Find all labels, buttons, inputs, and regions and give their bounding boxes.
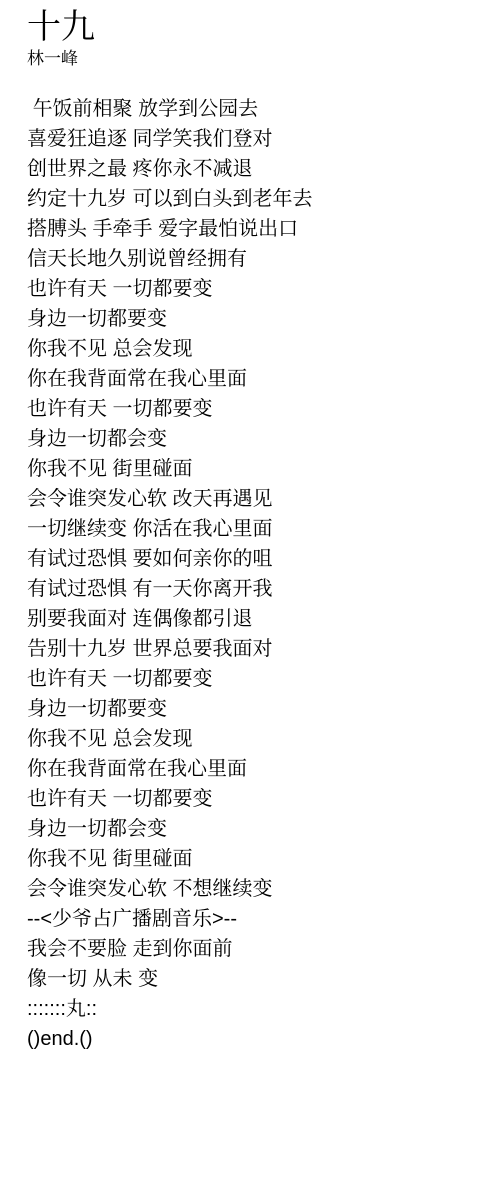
lyric-line: 也许有天 一切都要变: [27, 274, 490, 304]
lyric-line: 你我不见 总会发现: [27, 724, 490, 754]
lyric-line: 也许有天 一切都要变: [27, 664, 490, 694]
lyric-line: 告别十九岁 世界总要我面对: [27, 634, 490, 664]
lyric-line: :::::::丸::: [27, 994, 490, 1024]
lyric-line: 你在我背面常在我心里面: [27, 364, 490, 394]
lyric-line: 信天长地久别说曾经拥有: [27, 244, 490, 274]
lyric-line: 搭膊头 手牵手 爱字最怕说出口: [27, 214, 490, 244]
lyric-line: 喜爱狂追逐 同学笑我们登对: [27, 124, 490, 154]
lyric-line: 你我不见 总会发现: [27, 334, 490, 364]
lyric-line: 身边一切都会变: [27, 814, 490, 844]
lyric-line: 也许有天 一切都要变: [27, 394, 490, 424]
lyric-line: 也许有天 一切都要变: [27, 784, 490, 814]
lyric-line: 创世界之最 疼你永不减退: [27, 154, 490, 184]
lyric-line: 会令谁突发心软 不想继续变: [27, 874, 490, 904]
lyric-line: 别要我面对 连偶像都引退: [27, 604, 490, 634]
lyrics-body: 午饭前相聚 放学到公园去喜爱狂追逐 同学笑我们登对创世界之最 疼你永不减退约定十…: [27, 94, 490, 1054]
lyric-line: 你我不见 街里碰面: [27, 844, 490, 874]
lyric-line: 会令谁突发心软 改天再遇见: [27, 484, 490, 514]
lyrics-page: 十九 林一峰 午饭前相聚 放学到公园去喜爱狂追逐 同学笑我们登对创世界之最 疼你…: [0, 0, 500, 1180]
lyric-line: 有试过恐惧 要如何亲你的咀: [27, 544, 490, 574]
lyric-line: 我会不要脸 走到你面前: [27, 934, 490, 964]
lyric-line: ()end.(): [27, 1024, 490, 1054]
lyric-line: 一切继续变 你活在我心里面: [27, 514, 490, 544]
song-artist: 林一峰: [27, 48, 490, 69]
lyric-line: 午饭前相聚 放学到公园去: [27, 94, 490, 124]
song-title: 十九: [27, 6, 490, 48]
lyric-line: 身边一切都要变: [27, 304, 490, 334]
lyric-line: 约定十九岁 可以到白头到老年去: [27, 184, 490, 214]
lyric-line: --<少爷占广播剧音乐>--: [27, 904, 490, 934]
lyric-line: 像一切 从未 变: [27, 964, 490, 994]
lyric-line: 有试过恐惧 有一天你离开我: [27, 574, 490, 604]
lyric-line: 你在我背面常在我心里面: [27, 754, 490, 784]
lyric-line: 身边一切都要变: [27, 694, 490, 724]
lyric-line: 你我不见 街里碰面: [27, 454, 490, 484]
lyric-line: 身边一切都会变: [27, 424, 490, 454]
